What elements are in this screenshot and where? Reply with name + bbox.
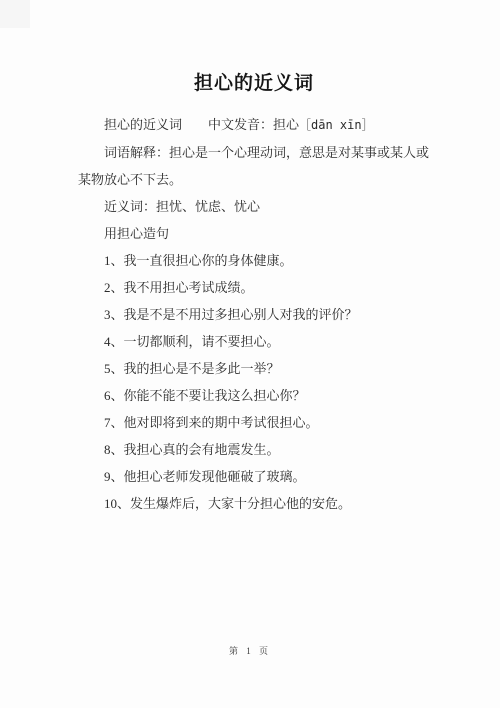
- sentence-item: 6、你能不能不要让我这么担心你？: [78, 382, 430, 409]
- synonyms-line: 近义词：担忧、忧虑、忧心: [78, 193, 430, 220]
- document-text: 担心的近义词中文发音：担心［dān xīn］ 词语解释：担心是一个心理动词，意思…: [78, 111, 430, 517]
- sentence-item: 3、我是不是不用过多担心别人对我的评价？: [78, 301, 430, 328]
- sentence-item: 4、一切都顺利，请不要担心。: [78, 328, 430, 355]
- sentence-item: 7、他对即将到来的期中考试很担心。: [78, 409, 430, 436]
- sentence-item: 9、他担心老师发现他砸破了玻璃。: [78, 463, 430, 490]
- page-number: 第 1 页: [0, 644, 500, 657]
- definition-paragraph: 词语解释：担心是一个心理动词，意思是对某事或某人或某物放心不下去。: [78, 139, 430, 193]
- document-body: 担心的近义词 担心的近义词中文发音：担心［dān xīn］ 词语解释：担心是一个…: [0, 0, 500, 517]
- sentence-item: 8、我担心真的会有地震发生。: [78, 436, 430, 463]
- page-title: 担心的近义词: [78, 73, 430, 95]
- pinyin-text: ［dān xīn］: [299, 118, 374, 132]
- sentence-item: 5、我的担心是不是多此一举？: [78, 355, 430, 382]
- sentence-item: 10、发生爆炸后，大家十分担心他的安危。: [78, 490, 430, 517]
- meta-lead: 担心的近义词: [104, 117, 182, 132]
- document-page: 担心的近义词 担心的近义词中文发音：担心［dān xīn］ 词语解释：担心是一个…: [0, 0, 500, 708]
- meta-line: 担心的近义词中文发音：担心［dān xīn］: [78, 111, 430, 139]
- sentence-item: 2、我不用担心考试成绩。: [78, 274, 430, 301]
- pronunciation-label: 中文发音：担心: [208, 117, 299, 132]
- sentence-item: 1、我一直很担心你的身体健康。: [78, 247, 430, 274]
- section-heading: 用担心造句: [78, 220, 430, 247]
